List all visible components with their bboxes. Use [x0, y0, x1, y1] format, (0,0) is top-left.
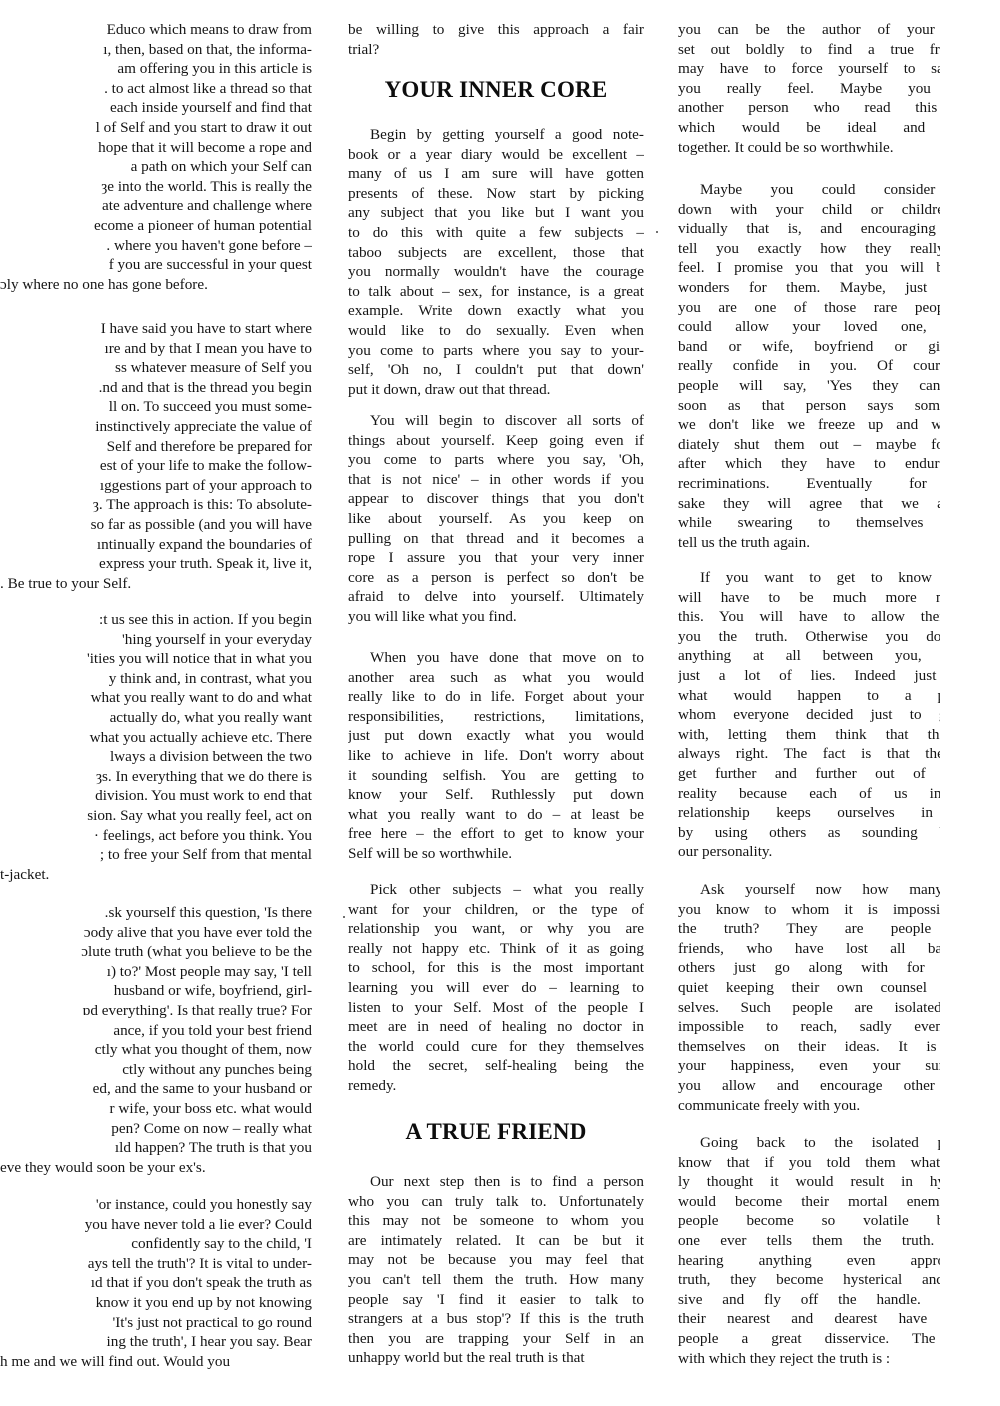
text-line: soon as that person says something — [678, 396, 940, 416]
section-heading: A TRUE FRIEND — [348, 1122, 644, 1142]
text-line: you the truth. Otherwise you don't l — [678, 627, 940, 647]
paragraph: :t us see this in action. If you begin'h… — [0, 610, 312, 884]
text-line: friends, who have lost all balance, — [678, 939, 940, 959]
text-line: eve they would soon be your ex's. — [0, 1158, 312, 1178]
text-line: Maybe you could consider sit — [678, 180, 940, 200]
text-line: ɒd everything'. Is that really true? For — [0, 1001, 312, 1021]
text-line: this may not be someone to whom you — [348, 1211, 644, 1231]
text-line: recriminations. Eventually for pe — [678, 474, 940, 494]
text-line: pulling on that thread and it becomes a — [348, 529, 644, 549]
text-line: listen to your Self. Most of the people … — [348, 998, 644, 1018]
text-line: feel. I promise you that you will be do — [678, 258, 940, 278]
text-line: . to act almost like a thread so that — [0, 79, 312, 99]
text-line: their nearest and dearest have done — [678, 1309, 940, 1329]
text-line: If you want to get to know them — [678, 568, 940, 588]
text-line: ed, and the same to your husband or — [0, 1079, 312, 1099]
text-line: unhappy world but the real truth is that — [348, 1348, 644, 1368]
text-line: instinctively appreciate the value of — [0, 417, 312, 437]
text-line: self, 'Oh no, I couldn't put that down' — [348, 360, 644, 380]
paragraph: When you have done that move on toanothe… — [348, 648, 644, 864]
text-line: Going back to the isolated people — [678, 1133, 940, 1153]
text-line: know your Self. Ruthlessly put down — [348, 785, 644, 805]
text-line: vidually that is, and encouraging ther — [678, 219, 940, 239]
text-line: Self and therefore be prepared for — [0, 437, 312, 457]
text-line: meet are in need of healing no doctor in — [348, 1017, 644, 1037]
text-line: people say 'I find it easier to talk to — [348, 1290, 644, 1310]
text-line: hold the secret, self-healing being the — [348, 1056, 644, 1076]
text-line: I have said you have to start where — [0, 319, 312, 339]
scan-speck — [656, 231, 658, 233]
text-line: 'ities you will notice that in what you — [0, 649, 312, 669]
text-line: just put down exactly what you would — [348, 726, 644, 746]
text-line: you really feel. Maybe you can — [678, 79, 940, 99]
text-line: trial? — [348, 40, 644, 60]
text-line: Pick other subjects – what you really — [348, 880, 644, 900]
text-line: hope that it will become a rope and — [0, 138, 312, 158]
text-line: really like to do in life. Forget about … — [348, 687, 644, 707]
text-line: to talk about – sex, for instance, is a … — [348, 282, 644, 302]
text-line: one ever tells them the truth. The — [678, 1231, 940, 1251]
text-line: ıd that if you don't speak the truth as — [0, 1273, 312, 1293]
text-line: Self will be so worthwhile. — [348, 844, 644, 864]
text-line: husband or wife, boyfriend, girl- — [0, 981, 312, 1001]
text-line: · feelings, act before you think. You — [0, 826, 312, 846]
text-line: When you have done that move on to — [348, 648, 644, 668]
text-line: ate adventure and challenge where — [0, 196, 312, 216]
text-line: band or wife, boyfriend or girlfrien — [678, 337, 940, 357]
text-line: remedy. — [348, 1076, 644, 1096]
text-line: book or a year diary would be excellent … — [348, 145, 644, 165]
paragraph: 'or instance, could you honestly sayyou … — [0, 1195, 312, 1371]
text-line: what would happen to a person — [678, 686, 940, 706]
text-line: relationship you want, or why you are — [348, 919, 644, 939]
text-line: ays tell the truth'? It is vital to unde… — [0, 1254, 312, 1274]
text-line: est of your life to make the follow- — [0, 456, 312, 476]
text-line: ı) to?' Most people may say, 'I tell — [0, 962, 312, 982]
text-line: you will like what you find. — [348, 607, 644, 627]
text-line: ly thought it would result in hysteria — [678, 1172, 940, 1192]
text-line: a path on which your Self can — [0, 157, 312, 177]
text-line: always right. The fact is that they w — [678, 744, 940, 764]
text-line: really not happy etc. Think of it as goi… — [348, 939, 644, 959]
text-line: to do this with quite a few subjects – — [348, 223, 644, 243]
text-line: your happiness, even your survival. — [678, 1056, 940, 1076]
text-line: ıggestions part of your approach to — [0, 476, 312, 496]
text-line: confidently say to the child, 'I — [0, 1234, 312, 1254]
text-line: rope I assure you that your very inner — [348, 548, 644, 568]
scan-speck — [343, 916, 345, 918]
text-line: impossible to reach, sadly even pr — [678, 1017, 940, 1037]
text-line: like to achieve in life. Don't worry abo… — [348, 746, 644, 766]
text-line: you can be the author of your wor' — [678, 20, 940, 40]
text-line: Begin by getting yourself a good note- — [348, 125, 644, 145]
paragraph: you can be the author of your wor'set ou… — [678, 20, 940, 157]
text-line: you come to parts where you say, 'Oh, — [348, 450, 644, 470]
text-line: communicate freely with you. — [678, 1096, 940, 1116]
text-line: whom everyone decided just to go a — [678, 705, 940, 725]
text-line: free here – the effort to get to know yo… — [348, 824, 644, 844]
text-line: l of Self and you start to draw it out — [0, 118, 312, 138]
text-line: ance, if you told your best friend — [0, 1021, 312, 1041]
text-line: ss whatever measure of Self you — [0, 358, 312, 378]
text-line: ecome a pioneer of human potential — [0, 216, 312, 236]
text-line: each inside yourself and find that — [0, 98, 312, 118]
text-line: ɔody alive that you have ever told the — [0, 923, 312, 943]
text-line: ; to free your Self from that mental — [0, 845, 312, 865]
text-line: ɔlute truth (what you believe to be the — [0, 942, 312, 962]
text-line: you come to parts where you say to your- — [348, 341, 644, 361]
text-line: you have never told a lie ever? Could — [0, 1215, 312, 1235]
text-line: our personality. — [678, 842, 940, 862]
text-line: you allow and encourage other peo — [678, 1076, 940, 1096]
column-left: Educo which means to draw fromı, then, b… — [0, 0, 312, 1406]
text-line: to school, for this is the most importan… — [348, 958, 644, 978]
text-line: together. It could be so worthwhile. — [678, 138, 940, 158]
text-line: ıntinually expand the boundaries of — [0, 535, 312, 555]
text-line: ı, then, based on that, the informa- — [0, 40, 312, 60]
text-line: others just go along with for peace — [678, 958, 940, 978]
text-line: ȝs. In everything that we do there is — [0, 767, 312, 787]
text-line: know it you end up by not knowing — [0, 1293, 312, 1313]
text-line: sake they will agree that we are ı — [678, 494, 940, 514]
paragraph: I have said you have to start whereıre a… — [0, 319, 312, 593]
text-line: ctly what you thought of them, now — [0, 1040, 312, 1060]
text-line: ȝ. The approach is this: To absolute- — [0, 495, 312, 515]
paragraph: Our next step then is to find a personwh… — [348, 1172, 644, 1368]
column-right: you can be the author of your wor'set ou… — [678, 0, 940, 1406]
text-line: ıld happen? The truth is that you — [0, 1138, 312, 1158]
text-line: 'It's just not practical to go round — [0, 1313, 312, 1333]
text-line: want for your children, or the type of — [348, 900, 644, 920]
text-line: be willing to give this approach a fair — [348, 20, 644, 40]
text-line: quiet keeping their own counsel to t — [678, 978, 940, 998]
text-line: you know to whom it is impossible t — [678, 900, 940, 920]
text-line: You will begin to discover all sorts of — [348, 411, 644, 431]
text-line: pen? Come on now – really what — [0, 1119, 312, 1139]
text-line: . where you haven't gone before – — [0, 236, 312, 256]
text-line: may have to force yourself to say w — [678, 59, 940, 79]
text-line: know that if you told them what you — [678, 1153, 940, 1173]
paragraph: You will begin to discover all sorts oft… — [348, 411, 644, 627]
text-line: learning you will ever do – learning to — [348, 978, 644, 998]
text-line: f you are successful in your quest — [0, 255, 312, 275]
paragraph: Ask yourself now how many peyou know to … — [678, 880, 940, 1115]
text-line: the world could cure for they themselves — [348, 1037, 644, 1057]
text-line: ɔly where no one has gone before. — [0, 275, 312, 295]
text-line: like about yourself. As you keep on — [348, 509, 644, 529]
text-line: put it down, draw out that thread. — [348, 380, 644, 400]
text-line: r wife, your boss etc. what would — [0, 1099, 312, 1119]
text-line: after which they have to endure fu — [678, 454, 940, 474]
text-line: division. You must work to end that — [0, 786, 312, 806]
text-line: Educo which means to draw from — [0, 20, 312, 40]
text-line: this. You will have to allow them tc — [678, 607, 940, 627]
text-line: by using others as sounding board: — [678, 823, 940, 843]
paragraph: be willing to give this approach a fairt… — [348, 20, 644, 59]
text-line: selves. Such people are isolated, al — [678, 998, 940, 1018]
text-line: then you are trapping your Self in an — [348, 1329, 644, 1349]
paragraph: Going back to the isolated peopleknow th… — [678, 1133, 940, 1368]
paragraph: Educo which means to draw fromı, then, b… — [0, 20, 312, 294]
text-line: many of us I am sure will have gotten — [348, 164, 644, 184]
text-line: actually do, what you really want — [0, 708, 312, 728]
text-line: appear to discover things that you don't — [348, 489, 644, 509]
text-line: with which they reject the truth is : — [678, 1349, 940, 1369]
text-line: lways a division between the two — [0, 747, 312, 767]
text-line: people a great disservice. The vio — [678, 1329, 940, 1349]
text-line: Our next step then is to find a person — [348, 1172, 644, 1192]
text-line: another area such as what you would — [348, 668, 644, 688]
text-line: tell you exactly how they really, re — [678, 239, 940, 259]
text-line: would like to do sexually. Even when — [348, 321, 644, 341]
text-line: example. Write down exactly what you — [348, 301, 644, 321]
text-line: reality because each of us in an — [678, 784, 940, 804]
text-line: that is not nice' – in other words if yo… — [348, 470, 644, 490]
section-heading: YOUR INNER CORE — [348, 80, 644, 100]
text-line: sion. Say what you really feel, act on — [0, 806, 312, 826]
text-line: the truth? They are people wit — [678, 919, 940, 939]
paragraph: Begin by getting yourself a good note-bo… — [348, 125, 644, 399]
text-line: hearing anything even approachin — [678, 1251, 940, 1271]
magazine-page: Educo which means to draw fromı, then, b… — [0, 0, 1000, 1406]
text-line: am offering you in this article is — [0, 59, 312, 79]
paragraph: .sk yourself this question, 'Is thereɔod… — [0, 903, 312, 1177]
paragraph: If you want to get to know themwill have… — [678, 568, 940, 862]
text-line: another person who read this art — [678, 98, 940, 118]
text-line: strangers at a bus stop'? If this is the… — [348, 1309, 644, 1329]
text-line: may not be because you may feel that — [348, 1250, 644, 1270]
text-line: are intimately related. It can be but it — [348, 1231, 644, 1251]
text-line: Ask yourself now how many pe — [678, 880, 940, 900]
text-line: presents of these. Now start by picking — [348, 184, 644, 204]
text-line: it sounding selfish. You are getting to — [348, 766, 644, 786]
text-line: we don't like we freeze up and we im — [678, 415, 940, 435]
text-line: taboo subjects are excellent, those that — [348, 243, 644, 263]
text-line: ing the truth', I hear you say. Bear — [0, 1332, 312, 1352]
text-line: what you actually achieve etc. There — [0, 728, 312, 748]
text-line: ctly without any punches being — [0, 1060, 312, 1080]
text-line: .sk yourself this question, 'Is there — [0, 903, 312, 923]
paragraph: Pick other subjects – what you reallywan… — [348, 880, 644, 1096]
text-line: what you really want to do – at least be — [348, 805, 644, 825]
text-line: ll on. To succeed you must some- — [0, 397, 312, 417]
text-line: just a lot of lies. Indeed just ima — [678, 666, 940, 686]
text-line: core as a person is perfect so don't be — [348, 568, 644, 588]
text-line: wonders for them. Maybe, just poss: — [678, 278, 940, 298]
text-line: while swearing to themselves neve — [678, 513, 940, 533]
text-line: so far as possible (and you will have — [0, 515, 312, 535]
text-line: you are one of those rare people · — [678, 298, 940, 318]
text-line: you can't tell them the truth. How many — [348, 1270, 644, 1290]
text-line: down with your child or children, i — [678, 200, 940, 220]
text-line: themselves on their ideas. It is vita — [678, 1037, 940, 1057]
text-line: 'hing yourself in your everyday — [0, 630, 312, 650]
text-line: . Be true to your Self. — [0, 574, 312, 594]
text-line: which would be ideal and prac — [678, 118, 940, 138]
text-line: would become their mortal enemy. T — [678, 1192, 940, 1212]
text-line: ȝe into the world. This is really the — [0, 177, 312, 197]
text-line: ıre and by that I mean you have to — [0, 339, 312, 359]
column-middle: be willing to give this approach a fairt… — [348, 0, 644, 1406]
text-line: relationship keeps ourselves in bal — [678, 803, 940, 823]
text-line: truth, they become hysterical and ag — [678, 1270, 940, 1290]
text-line: with, letting them think that they · — [678, 725, 940, 745]
text-line: really confide in you. Of course r — [678, 356, 940, 376]
text-line: you normally wouldn't have the courage — [348, 262, 644, 282]
text-line: things about yourself. Keep going even i… — [348, 431, 644, 451]
text-line: express your truth. Speak it, live it, — [0, 554, 312, 574]
text-line: 'or instance, could you honestly say — [0, 1195, 312, 1215]
text-line: h me and we will find out. Would you — [0, 1352, 312, 1372]
text-line: what you really want to do and what — [0, 688, 312, 708]
text-line: afraid to delve into yourself. Ultimatel… — [348, 587, 644, 607]
text-line: people become so volatile becaus — [678, 1211, 940, 1231]
text-line: diately shut them out – maybe for da — [678, 435, 940, 455]
text-line: tell us the truth again. — [678, 533, 940, 553]
text-line: any subject that you like but I want you — [348, 203, 644, 223]
text-line: could allow your loved one, your — [678, 317, 940, 337]
text-line: people will say, 'Yes they can' an — [678, 376, 940, 396]
text-line: t-jacket. — [0, 865, 312, 885]
text-line: responsibilities, restrictions, limitati… — [348, 707, 644, 727]
text-line: sive and fly off the handle. Sadly, — [678, 1290, 940, 1310]
text-line: :t us see this in action. If you begin — [0, 610, 312, 630]
text-line: anything at all between you, really — [678, 646, 940, 666]
text-line: will have to be much more mature — [678, 588, 940, 608]
text-line: who you can truly talk to. Unfortunately — [348, 1192, 644, 1212]
text-line: set out boldly to find a true friend.~ — [678, 40, 940, 60]
text-line: .nd and that is the thread you begin — [0, 378, 312, 398]
paragraph: Maybe you could consider sitdown with yo… — [678, 180, 940, 552]
text-line: y think and, in contrast, what you — [0, 669, 312, 689]
text-line: get further and further out of touch — [678, 764, 940, 784]
